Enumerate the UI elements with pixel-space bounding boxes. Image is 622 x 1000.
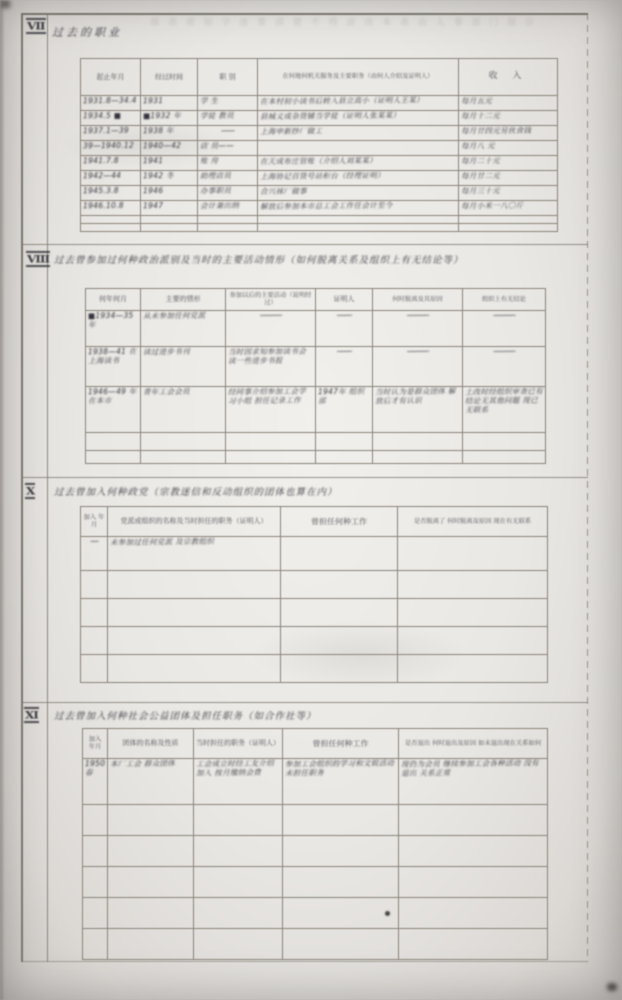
cell — [81, 655, 108, 683]
handwritten-entry: 1931 — [143, 96, 195, 106]
col-header: 加入 年月 — [83, 729, 108, 759]
handwritten-entry: 店 员—— — [200, 141, 255, 151]
handwritten-entry: 本厂工会 群众团体 — [110, 759, 191, 769]
handwritten-entry: 办事职员 — [200, 186, 255, 196]
handwritten-entry: 1934.5 ■ — [83, 111, 138, 121]
cell: 办事职员 — [198, 186, 258, 201]
cell: 当时因求知参加读书会 读一些进步书报 — [226, 347, 316, 387]
scan-edge-shadow — [0, 0, 5, 1000]
cell — [226, 433, 316, 451]
handwritten-entry: ────── — [228, 311, 313, 321]
handwritten-entry: 在天成布庄管账（介绍人刘某某） — [260, 156, 456, 167]
political-affiliations-table: 何年何月 主要的情形 参加以后的主要活动（说明经过） 证明人 何时脱离及其原因 … — [85, 288, 546, 464]
cell: 每月八 元 — [459, 141, 558, 156]
cell — [141, 216, 198, 224]
col-header: 主要的情形 — [141, 289, 226, 311]
section-title-10: 过去曾加入何种政党（宗教迷信和反动组织的团体也算在内） — [54, 484, 338, 498]
cell — [283, 805, 399, 836]
header-row: 起止年月 经过时间 职 别 在何地何机关服务及主要职务（由何人介绍及证明人） 收… — [81, 59, 558, 96]
cell — [258, 141, 459, 156]
cell — [81, 224, 141, 232]
cell — [108, 836, 194, 867]
handwritten-entry: 上海申新纱厂做工 — [260, 126, 456, 137]
handwritten-entry: 1947年 组织部 — [318, 387, 370, 406]
cell: 每月小米一八〇斤 — [459, 201, 558, 216]
cell — [316, 433, 373, 451]
handwritten-entry: ──── — [318, 311, 370, 321]
cell: 上海协记百货号站柜台（经理证明） — [258, 171, 459, 186]
cell — [281, 599, 398, 627]
table-row: 1938—41 在上海读书读过进步书刊当时因求知参加读书会 读一些进步书报───… — [86, 347, 546, 387]
cell: ■1934—35 年 — [86, 311, 141, 347]
cell: 上海申新纱厂做工 — [258, 126, 459, 141]
handwritten-entry: 1940—42 — [143, 141, 195, 151]
cell: 39—1940.12 — [81, 141, 141, 156]
cell: 1934.5 ■ — [81, 111, 141, 126]
col-header: 何时脱离及其原因 — [373, 289, 463, 311]
handwritten-entry: 从未参加任何党派 — [143, 311, 223, 321]
public-organizations-table: 加入 年月 团体的名称及性质 当时担任的职务（证明人） 曾担任何种工作 是否退出… — [82, 728, 548, 960]
cell: ────── — [463, 311, 546, 347]
cell — [398, 627, 548, 655]
table-row — [86, 433, 546, 451]
cell — [373, 451, 463, 464]
section-numeral-7: VII — [26, 18, 46, 34]
cell — [281, 537, 398, 571]
header-row: 何年何月 主要的情形 参加以后的主要活动（说明经过） 证明人 何时脱离及其原因 … — [86, 289, 546, 311]
cell: 工会成立时经工友介绍加入 按月缴纳会费 — [194, 759, 283, 805]
handwritten-entry: ──── — [318, 347, 370, 357]
cell: 1947 — [141, 201, 198, 216]
cell — [281, 655, 398, 683]
scan-corner-mark — [0, 0, 10, 8]
handwritten-entry: 每月五元 — [461, 96, 555, 106]
handwritten-entry: 1942—44 — [83, 171, 138, 181]
section-title-8: 过去曾参加过何种政治派别及当时的主要活动情形（如何脱离关系及组织上有无结论等） — [54, 252, 464, 266]
cell — [463, 433, 546, 451]
cell — [141, 433, 226, 451]
table-row — [81, 599, 548, 627]
cell: 1937.1—39 — [81, 126, 141, 141]
form-border-right — [587, 13, 588, 962]
cell: 青年工会会员 — [141, 387, 226, 433]
table-row — [83, 805, 548, 836]
handwritten-entry: ────── — [375, 311, 460, 321]
handwritten-entry: 学 生 — [200, 96, 255, 106]
table-row — [83, 867, 548, 898]
cell: 1940—42 — [141, 141, 198, 156]
handwritten-entry: 当时因求知参加读书会 读一些进步书报 — [228, 347, 313, 366]
handwritten-entry: 1941 — [143, 156, 195, 166]
cell — [398, 599, 548, 627]
table-row — [81, 627, 548, 655]
cell: 1941 — [141, 156, 198, 171]
cell: 每月五元 — [459, 96, 558, 111]
col-header: 在何地何机关服务及主要职务（由何人介绍及证明人） — [258, 59, 459, 96]
table-body: 1931.8—34.41931学 生在本村初小读书后转入县立高小（证明人王某）每… — [81, 96, 558, 232]
handwritten-entry: 读过进步书刊 — [143, 347, 223, 357]
table-row: 1942—441942 冬助理店员上海协记百货号站柜台（经理证明）每月廿二元 — [81, 171, 558, 186]
table-row — [83, 898, 548, 929]
cell — [281, 571, 398, 599]
col-header: 职 别 — [198, 59, 258, 96]
cell — [194, 836, 283, 867]
cell — [194, 898, 283, 929]
cell: 1938—41 在上海读书 — [86, 347, 141, 387]
cell: 本厂工会 群众团体 — [108, 759, 194, 805]
cell — [194, 867, 283, 898]
handwritten-entry: 土改时经组织审查已有结论无其他问题 现已无联系 — [465, 387, 543, 415]
table-row — [81, 655, 548, 683]
cell: 现仍为会员 继续参加工会各种活动 没有退出 关系正常 — [399, 759, 548, 805]
cell: ────── — [373, 347, 463, 387]
cell — [108, 599, 281, 627]
cell: 参加工会组织的学习和文娱活动 未担任职务 — [283, 759, 399, 805]
cell — [316, 451, 373, 464]
cell: 1931.8—34.4 — [81, 96, 141, 111]
table-row: ■1934—35 年从未参加任何党派────────────────────── — [86, 311, 546, 347]
cell: —— — [198, 126, 258, 141]
cell — [81, 627, 108, 655]
cell: 读过进步书刊 — [141, 347, 226, 387]
handwritten-entry: 每月三十元 — [461, 186, 555, 196]
table-row: 1945.3.81946办事职员合兴袜厂做事每月三十元 — [81, 186, 558, 201]
handwritten-entry: 1941.7.8 — [83, 156, 138, 166]
cell: 每月廿四元另伙食钱 — [459, 126, 558, 141]
cell: ■1932 年 — [141, 111, 198, 126]
cell: 每月廿二元 — [459, 171, 558, 186]
table-row: 1934.5 ■■1932 年学徒 教员县城义成杂货铺当学徒（证明人张某某）每月… — [81, 111, 558, 126]
cell: 1942—44 — [81, 171, 141, 186]
handwritten-entry: 经同事介绍参加工会学习小组 担任记录工作 — [228, 387, 313, 406]
handwritten-entry: 上海协记百货号站柜台（经理证明） — [260, 171, 456, 182]
cell — [399, 836, 548, 867]
cell — [81, 571, 108, 599]
cell: 解放后参加本市总工会工作任会计至今 — [258, 201, 459, 216]
handwritten-entry: 1938—41 在上海读书 — [88, 347, 138, 366]
scan-speck — [607, 983, 617, 991]
handwritten-entry: 县城义成杂货铺当学徒（证明人张某某） — [260, 111, 456, 122]
table-row — [83, 836, 548, 867]
form-border-left — [21, 13, 23, 962]
handwritten-entry: 1937.1—39 — [83, 126, 138, 136]
cell — [83, 836, 108, 867]
handwritten-entry: 1945.3.8 — [83, 186, 138, 196]
handwritten-entry: 学徒 教员 — [200, 111, 255, 121]
cell: 1942 冬 — [141, 171, 198, 186]
past-occupations-table: 起止年月 经过时间 职 别 在何地何机关服务及主要职务（由何人介绍及证明人） 收… — [80, 58, 558, 232]
section-numeral-11: XI — [24, 707, 39, 723]
party-membership-table: 加入 年月 党派或组织的名称及当时担任的职务（证明人） 曾担任何种工作 是否脱离… — [80, 506, 548, 683]
cell — [81, 599, 108, 627]
cell: 账 房 — [198, 156, 258, 171]
cell — [83, 805, 108, 836]
col-header: 参加以后的主要活动（说明经过） — [226, 289, 316, 311]
col-header: 经过时间 — [141, 59, 198, 96]
numeral-column-rule — [47, 13, 48, 962]
cell — [258, 216, 459, 224]
handwritten-entry: ── — [83, 537, 105, 546]
cell — [108, 805, 194, 836]
cell — [399, 929, 548, 960]
col-header: 组织上有无结论 — [463, 289, 546, 311]
cell: 从未参加任何党派 — [141, 311, 226, 347]
cell: ────── — [226, 311, 316, 347]
col-header: 团体的名称及性质 — [108, 729, 194, 759]
handwritten-entry: 每月廿二元 — [461, 171, 555, 181]
handwritten-entry: ────── — [465, 347, 543, 357]
cell — [258, 224, 459, 232]
col-header: 曾担任何种工作 — [281, 507, 398, 537]
col-header: 收 入 — [459, 59, 558, 96]
cell: ────── — [373, 311, 463, 347]
cell: 未参加过任何党派 及宗教组织 — [108, 537, 281, 571]
cell — [399, 898, 548, 929]
handwritten-entry: 每月十二元 — [461, 111, 555, 121]
table-row: 1950 春本厂工会 群众团体工会成立时经工友介绍加入 按月缴纳会费参加工会组织… — [83, 759, 548, 805]
cell — [459, 224, 558, 232]
cell: 土改时经组织审查已有结论无其他问题 现已无联系 — [463, 387, 546, 433]
cell — [108, 867, 194, 898]
table-body: ■1934—35 年从未参加任何党派──────────────────────… — [86, 311, 546, 464]
cell — [86, 433, 141, 451]
cell — [108, 898, 194, 929]
handwritten-entry: 参加工会组织的学习和文娱活动 未担任职务 — [285, 759, 396, 778]
cell — [141, 224, 198, 232]
cell: 店 员—— — [198, 141, 258, 156]
header-row: 加入 年月 团体的名称及性质 当时担任的职务（证明人） 曾担任何种工作 是否退出… — [83, 729, 548, 759]
cell — [398, 655, 548, 683]
handwritten-entry: 会计兼出纳 — [200, 201, 255, 211]
cell — [83, 867, 108, 898]
cell — [226, 451, 316, 464]
cell — [108, 655, 281, 683]
col-header: 何年何月 — [86, 289, 141, 311]
handwritten-entry: 工会成立时经工友介绍加入 按月缴纳会费 — [196, 759, 280, 778]
cell — [398, 537, 548, 571]
cell: 每月二十元 — [459, 156, 558, 171]
handwritten-entry: 账 房 — [200, 156, 255, 166]
cell — [198, 224, 258, 232]
handwritten-entry: ■1934—35 年 — [88, 311, 138, 330]
cell — [399, 805, 548, 836]
cell: 1938 年 — [141, 126, 198, 141]
cell: 县城义成杂货铺当学徒（证明人张某某） — [258, 111, 459, 126]
cell: 每月十二元 — [459, 111, 558, 126]
handwritten-entry: 现仍为会员 继续参加工会各种活动 没有退出 关系正常 — [401, 759, 545, 778]
table-row — [81, 571, 548, 599]
cell — [83, 929, 108, 960]
handwritten-entry: 每月小米一八〇斤 — [461, 201, 555, 211]
handwritten-entry: 1942 冬 — [143, 171, 195, 181]
handwritten-entry: ────── — [375, 347, 460, 357]
section-separator — [21, 477, 588, 478]
cell — [283, 898, 399, 929]
cell: 学徒 教员 — [198, 111, 258, 126]
table-row — [81, 224, 558, 232]
col-header: 证明人 — [316, 289, 373, 311]
cell: 1947年 组织部 — [316, 387, 373, 433]
cell: ──── — [316, 311, 373, 347]
cell: ──── — [316, 347, 373, 387]
cell: 1945.3.8 — [81, 186, 141, 201]
table-row: 1937.1—391938 年——上海申新纱厂做工每月廿四元另伙食钱 — [81, 126, 558, 141]
cell — [81, 216, 141, 224]
handwritten-entry: 助理店员 — [200, 171, 255, 181]
table-row — [81, 216, 558, 224]
section-title-11: 过去曾加入何种社会公益团体及担任职务（如合作社等） — [54, 708, 317, 722]
cell: 当时认为是群众团体 解放后才有认识 — [373, 387, 463, 433]
cell — [463, 451, 546, 464]
col-header: 党派或组织的名称及当时担任的职务（证明人） — [108, 507, 281, 537]
cell: 1941.7.8 — [81, 156, 141, 171]
handwritten-entry: 1947 — [143, 201, 195, 211]
cell — [283, 929, 399, 960]
cell: 会计兼出纳 — [198, 201, 258, 216]
handwritten-entry: 1946 — [143, 186, 195, 196]
cell — [198, 216, 258, 224]
table-body: 1950 春本厂工会 群众团体工会成立时经工友介绍加入 按月缴纳会费参加工会组织… — [83, 759, 548, 960]
handwritten-entry: 每月廿四元另伙食钱 — [461, 126, 555, 136]
section-numeral-10: X — [25, 483, 35, 499]
section-separator — [21, 702, 588, 703]
cell: 学 生 — [198, 96, 258, 111]
cell — [83, 898, 108, 929]
cell: 1946.10.8 — [81, 201, 141, 216]
table-body: ──未参加过任何党派 及宗教组织 — [81, 537, 548, 683]
handwritten-entry: 青年工会会员 — [143, 387, 223, 397]
cell — [283, 867, 399, 898]
col-header: 起止年月 — [81, 59, 141, 96]
cell — [373, 433, 463, 451]
cell — [108, 627, 281, 655]
table-row: ──未参加过任何党派 及宗教组织 — [81, 537, 548, 571]
cell: 1946—49 年在本市 — [86, 387, 141, 433]
col-header: 曾担任何种工作 — [283, 729, 399, 759]
cell: 合兴袜厂做事 — [258, 186, 459, 201]
handwritten-entry: 在本村初小读书后转入县立高小（证明人王某） — [260, 96, 456, 107]
handwritten-entry: 当时认为是群众团体 解放后才有认识 — [375, 387, 460, 406]
table-row: 39—1940.121940—42店 员——每月八 元 — [81, 141, 558, 156]
handwritten-entry: 39—1940.12 — [83, 141, 138, 151]
cell — [398, 571, 548, 599]
handwritten-entry: 1950 春 — [85, 759, 105, 777]
cell — [459, 216, 558, 224]
cell — [141, 451, 226, 464]
handwritten-entry: 1946.10.8 — [83, 201, 138, 211]
table-row: 1941.7.81941账 房在天成布庄管账（介绍人刘某某）每月二十元 — [81, 156, 558, 171]
scanned-form-page: 填 表 须 知 字 迹 要 清 楚 不 得 涂 改 本 表 由 人 事 部 门 … — [0, 0, 622, 1000]
handwritten-entry: 每月二十元 — [461, 156, 555, 166]
cell — [283, 836, 399, 867]
handwritten-entry: ■1932 年 — [143, 111, 195, 121]
cell — [194, 805, 283, 836]
col-header: 是否退出 何时退出及原因 如未退出现在关系如何 — [399, 729, 548, 759]
table-row: 1946—49 年在本市青年工会会员经同事介绍参加工会学习小组 担任记录工作19… — [86, 387, 546, 433]
handwritten-entry: ────── — [465, 311, 543, 321]
cell: 1931 — [141, 96, 198, 111]
cell: ────── — [463, 347, 546, 387]
section-separator — [21, 244, 588, 245]
table-row — [86, 451, 546, 464]
col-header: 是否脱离了 何时脱离及原因 现在有无联系 — [398, 507, 548, 537]
handwritten-entry: 未参加过任何党派 及宗教组织 — [110, 537, 278, 547]
header-row: 加入 年月 党派或组织的名称及当时担任的职务（证明人） 曾担任何种工作 是否脱离… — [81, 507, 548, 537]
table-row — [83, 929, 548, 960]
cell — [108, 929, 194, 960]
cell: 在天成布庄管账（介绍人刘某某） — [258, 156, 459, 171]
col-header: 加入 年月 — [81, 507, 108, 537]
cell: 1946 — [141, 186, 198, 201]
cell: 在本村初小读书后转入县立高小（证明人王某） — [258, 96, 459, 111]
cell — [86, 451, 141, 464]
section-title-7: 过去的职业 — [52, 24, 122, 40]
handwritten-entry: 1946—49 年在本市 — [88, 387, 138, 406]
cell: 1950 春 — [83, 759, 108, 805]
col-header: 当时担任的职务（证明人） — [194, 729, 283, 759]
handwritten-entry: 解放后参加本市总工会工作任会计至今 — [260, 201, 456, 212]
handwritten-entry: 合兴袜厂做事 — [260, 186, 456, 197]
cell: 经同事介绍参加工会学习小组 担任记录工作 — [226, 387, 316, 433]
section-numeral-8: VIII — [26, 251, 50, 267]
cell — [194, 929, 283, 960]
cell — [281, 627, 398, 655]
table-row: 1931.8—34.41931学 生在本村初小读书后转入县立高小（证明人王某）每… — [81, 96, 558, 111]
cell: 助理店员 — [198, 171, 258, 186]
handwritten-entry: 1931.8—34.4 — [83, 96, 138, 106]
cell: 每月三十元 — [459, 186, 558, 201]
cell — [399, 867, 548, 898]
handwritten-entry: 1938 年 — [143, 126, 195, 136]
cell: ── — [81, 537, 108, 571]
handwritten-entry: —— — [200, 126, 255, 136]
table-row: 1946.10.81947会计兼出纳解放后参加本市总工会工作任会计至今每月小米一… — [81, 201, 558, 216]
bleed-through-text: 填 表 须 知 字 迹 要 清 楚 不 得 涂 改 本 表 由 人 事 部 门 … — [150, 15, 580, 28]
handwritten-entry: 每月八 元 — [461, 141, 555, 151]
cell — [108, 571, 281, 599]
form-border-bottom — [21, 961, 588, 962]
